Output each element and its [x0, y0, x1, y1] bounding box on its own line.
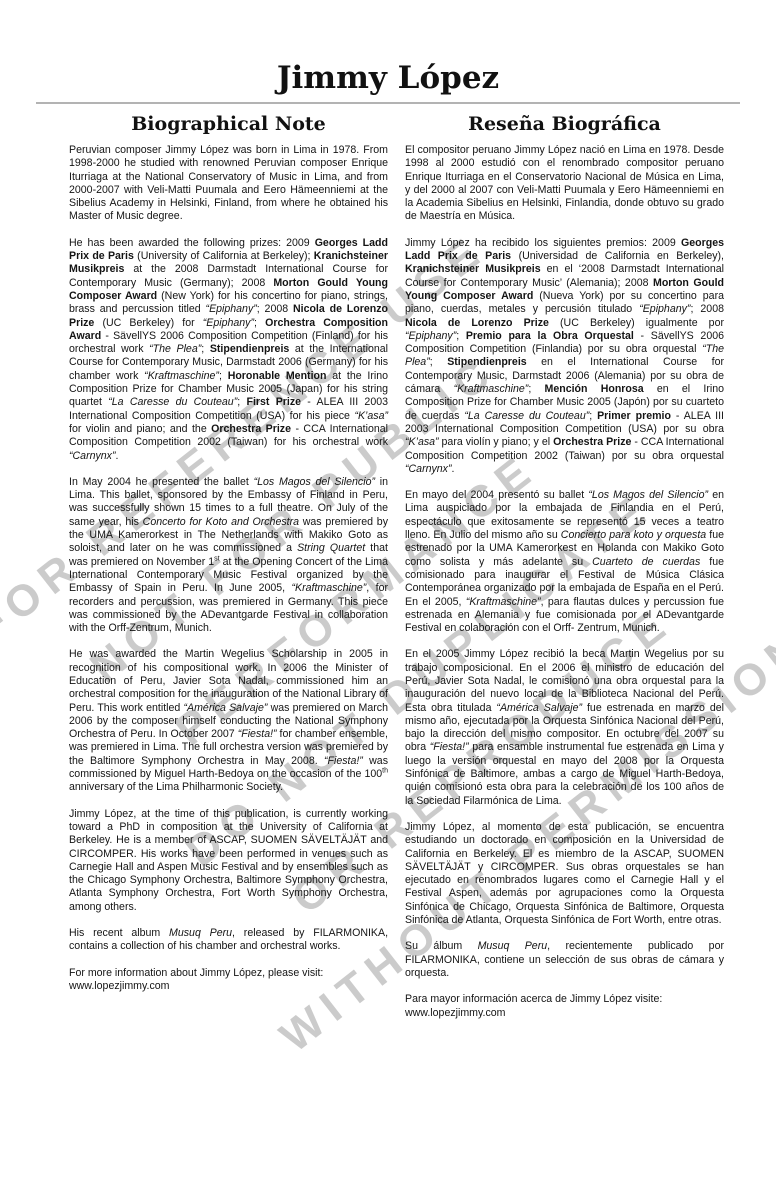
- text-run: ; 2008: [690, 303, 724, 315]
- text-run: “Fiesta!”: [324, 755, 363, 767]
- paragraph: Su álbum Musuq Peru, recientemente publi…: [405, 940, 724, 980]
- text-run: (UC Berkeley) igualmente por: [549, 317, 724, 329]
- text-run: “La Caresse du Couteau”: [108, 396, 237, 408]
- document-page: FOR REFERENCE USENOT FOR PUBLICPERFORMAN…: [0, 0, 776, 1200]
- text-run: “América Salvaje”: [184, 702, 268, 714]
- text-run: In May 2004 he presented the ballet: [69, 476, 254, 488]
- text-run: “La Caresse du Couteau”: [464, 410, 589, 422]
- paragraph: Jimmy López, al momento de esta publicac…: [405, 821, 724, 927]
- text-run: Premio para la Obra Orquestal: [466, 330, 634, 342]
- paragraph: He has been awarded the following prizes…: [69, 237, 388, 463]
- text-run: String Quartet: [297, 542, 365, 554]
- paragraph: En mayo del 2004 presentó su ballet “Los…: [405, 489, 724, 635]
- text-run: “Epiphany”: [203, 317, 254, 329]
- text-run: th: [382, 768, 388, 775]
- paragraph: He was awarded the Martin Wegelius Schol…: [69, 648, 388, 794]
- text-run: Jimmy López, al momento de esta publicac…: [405, 821, 724, 926]
- text-run: ;: [201, 343, 210, 355]
- text-run: “Epiphany”: [639, 303, 690, 315]
- text-run: “Los Magos del Silencio”: [254, 476, 375, 488]
- text-run: “K’asa”: [354, 410, 388, 422]
- text-run: Stipendienpreis: [210, 343, 289, 355]
- text-run: for violin and piano; and the: [69, 423, 211, 435]
- text-run: anniversary of the Lima Philharmonic Soc…: [69, 781, 283, 793]
- website-url: www.lopezjimmy.com: [405, 1007, 505, 1019]
- text-run: “The Plea”: [149, 343, 201, 355]
- text-run: Nicola de Lorenzo Prize: [405, 317, 549, 329]
- text-run: “Kraftmaschine”: [144, 370, 219, 382]
- text-run: ;: [254, 317, 265, 329]
- text-run: .: [116, 450, 119, 462]
- website-url: www.lopezjimmy.com: [69, 980, 169, 992]
- text-run: Concierto para koto y orquesta: [561, 529, 706, 541]
- paragraph: In May 2004 he presented the ballet “Los…: [69, 476, 388, 636]
- text-run: Peruvian composer Jimmy López was born i…: [69, 144, 388, 222]
- text-run: En mayo del 2004 presentó su ballet: [405, 489, 588, 501]
- text-run: “Kraftmaschine”: [292, 582, 367, 594]
- column-heading-english: Biographical Note: [69, 111, 388, 137]
- text-run: “Kraftmaschine”: [454, 383, 529, 395]
- text-run: ;: [430, 356, 447, 368]
- paragraph: For more information about Jimmy López, …: [69, 967, 388, 994]
- text-run: ;: [528, 383, 544, 395]
- text-run: El compositor peruano Jimmy López nació …: [405, 144, 724, 222]
- biography-column-spanish: El compositor peruano Jimmy López nació …: [405, 144, 724, 1033]
- paragraph: Peruvian composer Jimmy López was born i…: [69, 144, 388, 224]
- column-heading-spanish: Reseña Biográfica: [405, 111, 724, 137]
- text-run: Para mayor información acerca de Jimmy L…: [405, 993, 662, 1005]
- text-run: “K’asa”: [405, 436, 439, 448]
- text-run: “Los Magos del Silencio”: [588, 489, 708, 501]
- text-run: Cuarteto de cuerdas: [592, 556, 700, 568]
- paragraph: Jimmy López ha recibido los siguientes p…: [405, 237, 724, 476]
- text-run: Jimmy López ha recibido los siguientes p…: [405, 237, 681, 249]
- text-run: Mención Honrosa: [545, 383, 644, 395]
- paragraph: His recent album Musuq Peru, released by…: [69, 927, 388, 954]
- text-run: “Fiesta!”: [430, 741, 469, 753]
- text-run: Su álbum: [405, 940, 478, 952]
- text-run: Stipendienpreis: [447, 356, 526, 368]
- text-run: Orchestra Prize: [211, 423, 291, 435]
- text-run: Jimmy López, at the time of this publica…: [69, 808, 388, 913]
- text-run: “América Salvaje”: [496, 702, 582, 714]
- biography-column-english: Peruvian composer Jimmy López was born i…: [69, 144, 388, 1033]
- title-divider: [36, 102, 740, 104]
- text-run: Musuq Peru: [478, 940, 548, 952]
- text-run: (UC Berkeley) for: [94, 317, 202, 329]
- text-run: ;: [589, 410, 597, 422]
- text-run: Orchestra Prize: [553, 436, 631, 448]
- text-run: ;: [219, 370, 228, 382]
- text-run: His recent album: [69, 927, 169, 939]
- text-run: ;: [456, 330, 466, 342]
- paragraph: Jimmy López, at the time of this publica…: [69, 808, 388, 914]
- text-run: ; 2008: [257, 303, 293, 315]
- text-run: Horonable Mention: [228, 370, 327, 382]
- text-run: He has been awarded the following prizes…: [69, 237, 315, 249]
- page-title: Jimmy López: [0, 0, 776, 96]
- text-run: For more information about Jimmy López, …: [69, 967, 323, 979]
- text-run: “Carnynx”: [405, 463, 452, 475]
- text-run: “Carnynx”: [69, 450, 116, 462]
- text-run: para violín y piano; y el: [439, 436, 554, 448]
- text-run: Kranichsteiner Musikpreis: [405, 263, 541, 275]
- text-run: “Fiesta!”: [238, 728, 277, 740]
- text-run: “Kraftmaschine”: [466, 596, 541, 608]
- text-run: Primer premio: [597, 410, 671, 422]
- text-run: “Epiphany”: [405, 330, 456, 342]
- text-run: First Prize: [246, 396, 301, 408]
- text-run: (Universidad de California en Berkeley),: [511, 250, 724, 262]
- text-run: “Epiphany”: [206, 303, 257, 315]
- text-run: Musuq Peru: [169, 927, 232, 939]
- paragraph: En el 2005 Jimmy López recibió la beca M…: [405, 648, 724, 808]
- text-run: Concerto for Koto and Orchestra: [143, 516, 299, 528]
- paragraph: Para mayor información acerca de Jimmy L…: [405, 993, 724, 1020]
- text-run: (University of California at Berkeley);: [134, 250, 314, 262]
- text-run: .: [452, 463, 455, 475]
- paragraph: El compositor peruano Jimmy López nació …: [405, 144, 724, 224]
